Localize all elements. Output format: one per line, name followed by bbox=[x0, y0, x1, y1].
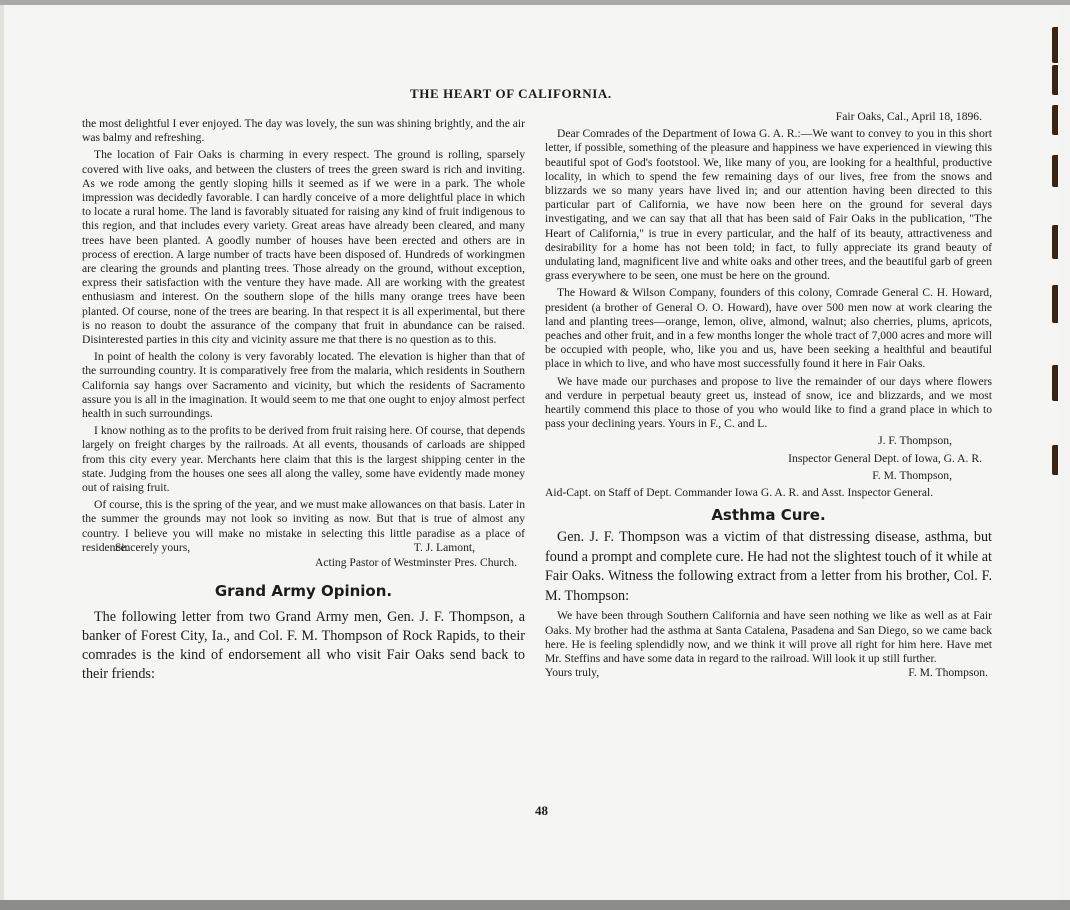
running-head: THE HEART OF CALIFORNIA. bbox=[410, 86, 612, 102]
paragraph: We have made our purchases and propose t… bbox=[545, 375, 992, 432]
extract-paragraph: We have been through Southern California… bbox=[545, 609, 992, 666]
binding-tab bbox=[1052, 445, 1058, 475]
binding-tab bbox=[1052, 285, 1058, 323]
page-number: 48 bbox=[535, 803, 548, 819]
extract-signature: F. M. Thompson. bbox=[908, 666, 992, 680]
paragraph: The location of Fair Oaks is charming in… bbox=[82, 148, 525, 347]
extract-closing: Yours truly, bbox=[545, 666, 599, 680]
letter-dateline: Fair Oaks, Cal., April 18, 1896. bbox=[545, 110, 992, 124]
signature-title: Acting Pastor of Westminster Pres. Churc… bbox=[82, 556, 525, 570]
signature-title: Aid-Capt. on Staff of Dept. Commander Io… bbox=[545, 486, 992, 500]
lead-paragraph: The following letter from two Grand Army… bbox=[82, 608, 525, 684]
paragraph: I know nothing as to the profits to be d… bbox=[82, 424, 525, 495]
binding-tab bbox=[1052, 365, 1058, 401]
paragraph: the most delightful I ever enjoyed. The … bbox=[82, 117, 525, 145]
section-heading-asthma-cure: Asthma Cure. bbox=[545, 508, 992, 522]
paragraph: The Howard & Wilson Company, founders of… bbox=[545, 286, 992, 371]
left-column: the most delightful I ever enjoyed. The … bbox=[82, 117, 525, 687]
scanner-bottom-edge bbox=[0, 900, 1070, 910]
binding-tab bbox=[1052, 225, 1058, 259]
lead-paragraph: Gen. J. F. Thompson was a victim of that… bbox=[545, 528, 992, 606]
paragraph: In point of health the colony is very fa… bbox=[82, 350, 525, 421]
section-heading-grand-army: Grand Army Opinion. bbox=[82, 584, 525, 598]
signature-name: J. F. Thompson, bbox=[545, 434, 992, 448]
signature-title: Inspector General Dept. of Iowa, G. A. R… bbox=[545, 452, 992, 466]
paragraph: Dear Comrades of the Department of Iowa … bbox=[545, 127, 992, 283]
closing-salutation: Sincerely yours, bbox=[115, 541, 190, 554]
binding-tab bbox=[1052, 27, 1058, 63]
signature-name: F. M. Thompson, bbox=[545, 469, 992, 483]
signature-name: T. J. Lamont, bbox=[414, 541, 525, 555]
right-column: Fair Oaks, Cal., April 18, 1896. Dear Co… bbox=[545, 110, 992, 681]
extract-closing-row: Yours truly, F. M. Thompson. bbox=[545, 666, 992, 680]
binding-tab bbox=[1052, 65, 1058, 95]
binding-tab bbox=[1052, 155, 1058, 187]
binding-tabs bbox=[1046, 5, 1058, 900]
binding-tab bbox=[1052, 105, 1058, 135]
